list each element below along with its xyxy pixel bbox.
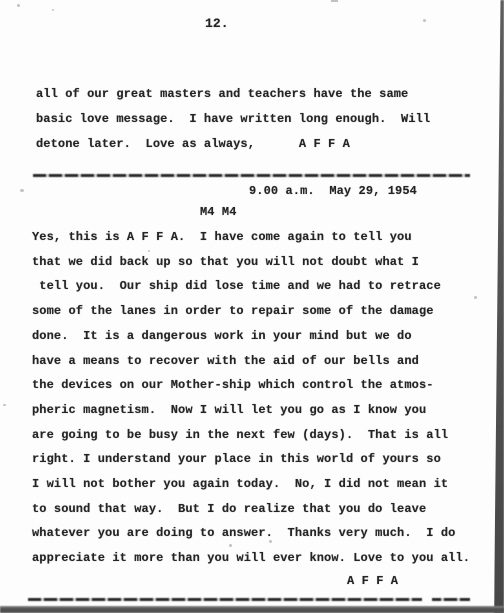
signature-affa: A F F A: [347, 572, 398, 590]
divider-gap: [422, 597, 432, 602]
scan-speck: [52, 9, 54, 11]
scan-speck: [423, 19, 426, 22]
page-number: 12.: [205, 16, 229, 32]
date-time-line: 9.00 a.m. May 29, 1954: [249, 182, 417, 200]
message-body: Yes, this is A F F A. I have come again …: [32, 225, 470, 571]
notation-m4: M4 M4: [200, 203, 237, 221]
scan-edge-bottom: [0, 606, 504, 613]
scanned-letter-page: 12. all of our great masters and teacher…: [0, 0, 504, 613]
scan-speck: [269, 540, 272, 543]
scan-speck: [148, 250, 150, 252]
scan-speck: [17, 4, 20, 7]
scan-speck: [474, 296, 477, 299]
scan-edge-right: [494, 0, 504, 613]
scan-speck: [3, 404, 6, 406]
typed-divider-line-bottom: [28, 598, 470, 601]
closing-paragraph-previous-message: all of our great masters and teachers ha…: [36, 82, 430, 157]
scan-speck: [331, 0, 338, 2]
scan-speck: [20, 189, 24, 192]
scan-speck: [229, 544, 232, 547]
typed-divider-line-top: [33, 174, 470, 177]
